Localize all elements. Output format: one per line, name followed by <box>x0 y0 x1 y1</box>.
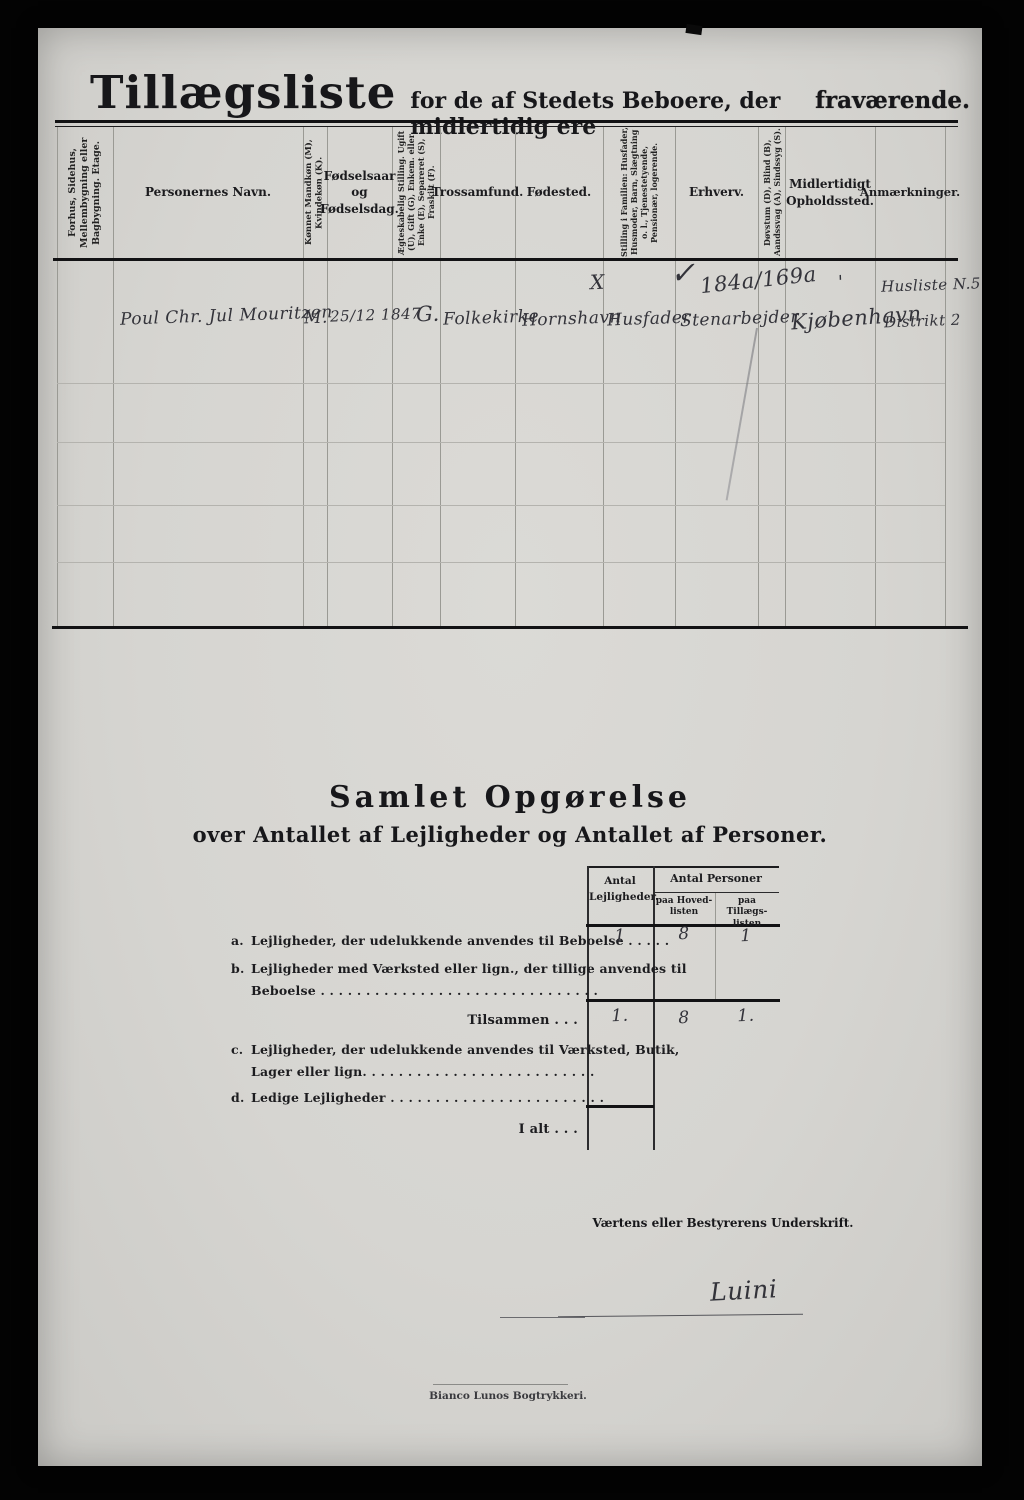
entry-remark-line2: Distrikt 2 <box>884 311 962 332</box>
table-vline <box>945 127 946 628</box>
entry-name: Poul Chr. Jul Mouritzen <box>120 302 333 329</box>
entry-remark-line1: Husliste N.5 <box>881 274 981 295</box>
col-header-stilling: Stilling i Familien: Husfader, Husmoder,… <box>603 127 675 258</box>
col-header-navn: Personernes Navn. <box>113 127 303 258</box>
col-header-trossamfund: Trossamfund. <box>440 127 515 258</box>
summary-ialt-label: I alt . . . <box>418 1122 578 1137</box>
col-header-foedselsdag: Fødselsaar og Fødselsdag. <box>327 127 392 258</box>
entry-x-mark: X <box>590 270 606 295</box>
table-bottom-rule <box>52 626 968 629</box>
col-header-foedselsdag-label: Fødselsaar og Fødselsdag. <box>320 168 399 217</box>
col-header-stilling-label: Stilling i Familien: Husfader, Husmoder,… <box>619 127 659 258</box>
col-header-aegteskabelig-label: Ægteskabelig Stilling. Ugift (U), Gift (… <box>396 127 436 258</box>
summary-col-lejligheder: Antal Lejligheder. <box>589 874 651 906</box>
form-title-main: Tillægsliste <box>90 66 396 119</box>
summary-row-c-line1: Lejligheder, der udelukkende anvendes ti… <box>251 1042 679 1057</box>
entry-check-mark: ✓ <box>669 256 696 292</box>
entry-birthdate: 25/12 1847 <box>330 304 422 325</box>
signature-label: Værtens eller Bestyrerens Underskrift. <box>583 1216 863 1230</box>
summary-subcol-vline <box>715 892 716 1000</box>
table-row-line <box>57 505 945 506</box>
summary-heading: Samlet Opgørelse <box>38 780 982 815</box>
summary-tilsammen-tillaeg: 1. <box>726 1005 767 1026</box>
table-header-rule <box>53 258 958 261</box>
pen-flourish <box>726 328 758 501</box>
summary-row-d-text: Ledige Lejligheder . . . . . . . . . . .… <box>251 1090 604 1105</box>
census-form-paper: Tillægsliste for de af Stedets Beboere, … <box>38 28 982 1466</box>
summary-row-b-line1: Lejligheder med Værksted eller lign., de… <box>251 961 687 976</box>
title-rule <box>55 120 958 127</box>
col-header-foedested: Fødested. <box>515 127 603 258</box>
summary-col-personer: Antal Personer <box>653 872 779 885</box>
col-header-foedested-label: Fødested. <box>527 184 591 200</box>
summary-col-hovedlisten: paa Hoved­listen <box>655 896 713 919</box>
col-header-forhus: Forhus, Sidehus, Mellembygning eller Bag… <box>57 127 113 258</box>
scan-artifact <box>685 24 702 35</box>
summary-row-a-value-lejligheder: 1 <box>600 925 641 946</box>
summary-tilsammen-rule <box>586 999 780 1002</box>
col-header-anmaerkninger-label: Anmærkninger. <box>860 185 960 201</box>
summary-row-d-letter: d. <box>231 1090 245 1105</box>
printer-imprint: Bianco Lunos Bogtrykkeri. <box>378 1390 638 1402</box>
footer-rule <box>433 1384 568 1385</box>
entry-marital: G. <box>416 302 441 327</box>
summary-row-a-value-tillaeg: 1 <box>726 925 767 946</box>
col-header-anmaerkninger: Anmærkninger. <box>875 127 945 258</box>
col-header-doevstum-label: Døvstum (D), Blind (B), Aandssvag (A), S… <box>762 127 782 258</box>
summary-row-b-line2: Beboelse . . . . . . . . . . . . . . . .… <box>251 983 598 998</box>
summary-personer-underline <box>653 892 779 893</box>
table-row-line <box>57 562 945 563</box>
summary-subheading: over Antallet af Lejligheder og Antallet… <box>38 822 982 847</box>
signature-handwriting: Luini <box>709 1274 778 1306</box>
summary-top-rule <box>587 866 779 868</box>
form-title-emphasis: fraværende. <box>815 87 970 114</box>
col-header-forhus-label: Forhus, Sidehus, Mellembygning eller Bag… <box>67 127 103 258</box>
table-row-line <box>57 383 945 384</box>
entry-sex: M. <box>304 308 328 329</box>
entry-tick-mark: ' <box>838 272 844 293</box>
summary-tilsammen-lejligheder: 1. <box>600 1005 641 1026</box>
summary-tilsammen-hoved: 8 <box>664 1007 705 1028</box>
summary-tilsammen-label: Tilsammen . . . <box>378 1013 578 1028</box>
signature-line-short <box>500 1317 585 1318</box>
summary-row-a-letter: a. <box>231 933 244 948</box>
summary-row-b-letter: b. <box>231 961 245 976</box>
col-header-navn-label: Personernes Navn. <box>145 184 271 200</box>
summary-col-tillaegslisten: paa Tillægs­listen <box>717 896 777 930</box>
col-header-trossamfund-label: Trossamfund. <box>432 184 524 200</box>
summary-row-c-line2: Lager eller lign. . . . . . . . . . . . … <box>251 1064 595 1079</box>
summary-row-a-value-hoved: 8 <box>664 923 705 944</box>
summary-ialt-rule <box>586 1105 654 1108</box>
col-header-erhverv: Erhverv. <box>675 127 758 258</box>
scanned-census-page: Tillægsliste for de af Stedets Beboere, … <box>0 0 1024 1500</box>
col-header-erhverv-label: Erhverv. <box>689 184 744 200</box>
summary-row-c-letter: c. <box>231 1042 243 1057</box>
signature-line <box>558 1314 803 1318</box>
table-row-line <box>57 442 945 443</box>
entry-family-position: Husfader <box>607 308 692 331</box>
entry-occupation: Stenarbejder <box>680 307 800 331</box>
col-header-doevstum: Døvstum (D), Blind (B), Aandssvag (A), S… <box>758 127 785 258</box>
